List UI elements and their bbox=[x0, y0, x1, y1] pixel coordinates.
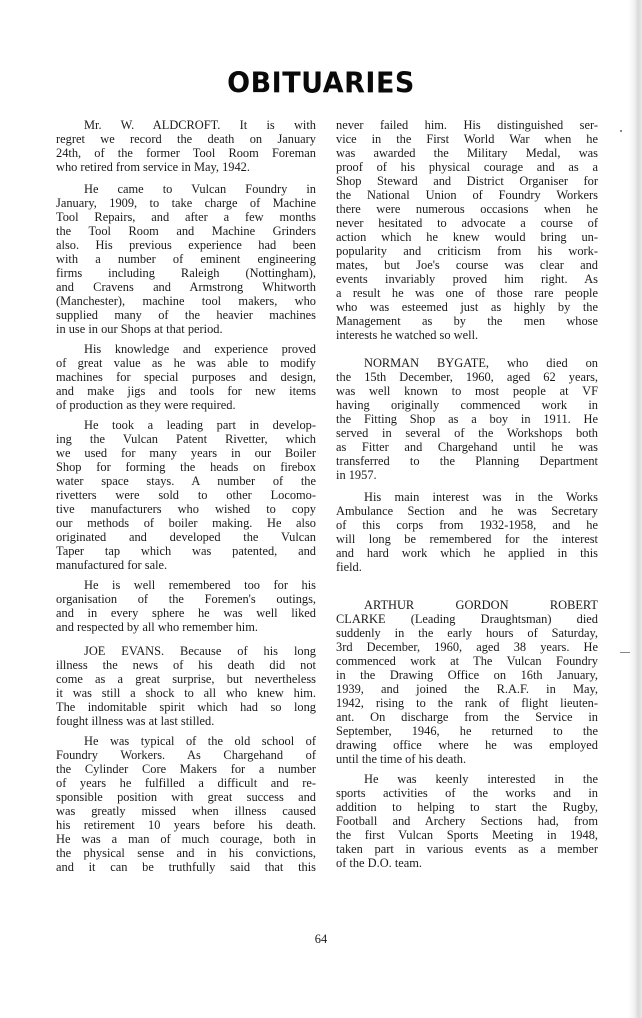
text-line: was awarded the Military Medal, was bbox=[336, 146, 598, 160]
text-line: 1942, rising to the rank of flight lieut… bbox=[336, 696, 598, 710]
text-line: who was esteemed just as highly by the bbox=[336, 300, 598, 314]
text-line: and hard work which he applied in this bbox=[336, 546, 598, 560]
text-line: mates, but Joe's course was clear and bbox=[336, 258, 598, 272]
page-number: 64 bbox=[0, 932, 642, 947]
text-line: commenced work at The Vulcan Foundry bbox=[336, 654, 598, 668]
scan-speck bbox=[620, 130, 622, 132]
text-line: Shop Steward and District Organiser for bbox=[336, 174, 598, 188]
text-line: machines for special purposes and design… bbox=[56, 370, 316, 384]
text-line: popularity and criticism from his work- bbox=[336, 244, 598, 258]
scanned-page-edge bbox=[628, 0, 642, 1018]
text-line: He is well remembered too for his bbox=[56, 578, 316, 592]
text-line: and Cravens and Armstrong Whitworth bbox=[56, 280, 316, 294]
text-line: ant. On discharge from the Service in bbox=[336, 710, 598, 724]
text-line: (Manchester), machine tool makers, who bbox=[56, 294, 316, 308]
text-line: organisation of the Foremen's outings, bbox=[56, 592, 316, 606]
text-line: until the time of his death. bbox=[336, 752, 598, 766]
text-line: He was a man of much courage, both in bbox=[56, 832, 316, 846]
text-line: as Fitter and Chargehand until he was bbox=[336, 440, 598, 454]
text-line: ARTHUR GORDON ROBERT bbox=[336, 598, 598, 612]
text-line: water space stays. A number of the bbox=[56, 474, 316, 488]
text-line: of the D.O. team. bbox=[336, 856, 598, 870]
scan-speck bbox=[620, 652, 630, 653]
text-line: Ambulance Section and he was Secretary bbox=[336, 504, 598, 518]
text-line: CLARKE (Leading Draughtsman) died bbox=[336, 612, 598, 626]
text-line: the first Vulcan Sports Meeting in 1948, bbox=[336, 828, 598, 842]
text-line: ing the Vulcan Patent Rivetter, which bbox=[56, 432, 316, 446]
text-line: his retirement 10 years before his death… bbox=[56, 818, 316, 832]
text-line: His knowledge and experience proved bbox=[56, 342, 316, 356]
text-line: His main interest was in the Works bbox=[336, 490, 598, 504]
text-line: fought illness was at last stilled. bbox=[56, 714, 316, 728]
text-line: a result he was one of those rare people bbox=[336, 286, 598, 300]
text-line: the 15th December, 1960, aged 62 years, bbox=[336, 370, 598, 384]
text-line: was well known to most people at VF bbox=[336, 384, 598, 398]
text-line: transferred to the Planning Department bbox=[336, 454, 598, 468]
text-line: drawing office where he was employed bbox=[336, 738, 598, 752]
text-line: events invariably proved him right. As bbox=[336, 272, 598, 286]
text-line: Tool Repairs, and after a few months bbox=[56, 210, 316, 224]
text-line: who retired from service in May, 1942. bbox=[56, 160, 316, 174]
text-line: September, 1946, he returned to the bbox=[336, 724, 598, 738]
text-line: having originally commenced work in bbox=[336, 398, 598, 412]
text-line: Taper tap which was patented, and bbox=[56, 544, 316, 558]
text-line: JOE EVANS. Because of his long bbox=[56, 644, 316, 658]
text-line: come as a great surprise, but neverthele… bbox=[56, 672, 316, 686]
text-line: sports activities of the works and in bbox=[336, 786, 598, 800]
text-line: He took a leading part in develop- bbox=[56, 418, 316, 432]
text-line: addition to helping to start the Rugby, bbox=[336, 800, 598, 814]
text-line: manufactured for sale. bbox=[56, 558, 316, 572]
text-line: interests he watched so well. bbox=[336, 328, 598, 342]
text-line: never failed him. His distinguished ser- bbox=[336, 118, 598, 132]
text-line: was greatly missed when illness caused bbox=[56, 804, 316, 818]
text-line: He was typical of the old school of bbox=[56, 734, 316, 748]
text-line: January, 1909, to take charge of Machine bbox=[56, 196, 316, 210]
text-line: tive manufacturers who wished to copy bbox=[56, 502, 316, 516]
text-line: firms including Raleigh (Nottingham), bbox=[56, 266, 316, 280]
text-line: our methods of boiler making. He also bbox=[56, 516, 316, 530]
text-line: in 1957. bbox=[336, 468, 598, 482]
text-line: and it can be truthfully said that this bbox=[56, 860, 316, 874]
text-line: the Fitting Shop as a boy in 1911. He bbox=[336, 412, 598, 426]
text-line: Foundry Workers. As Chargehand of bbox=[56, 748, 316, 762]
text-line: He came to Vulcan Foundry in bbox=[56, 182, 316, 196]
text-line: also. His previous experience had been bbox=[56, 238, 316, 252]
text-line: sponsible position with great success an… bbox=[56, 790, 316, 804]
text-line: and in every sphere he was well liked bbox=[56, 606, 316, 620]
text-line: we used for many years in our Boiler bbox=[56, 446, 316, 460]
text-line: Mr. W. ALDCROFT. It is with bbox=[56, 118, 316, 132]
text-line: Football and Archery Sections had, from bbox=[336, 814, 598, 828]
text-line: and respected by all who remember him. bbox=[56, 620, 316, 634]
text-line: served in several of the Workshops both bbox=[336, 426, 598, 440]
text-line: The indomitable spirit which had so long bbox=[56, 700, 316, 714]
text-line: rivetters were sold to other Locomo- bbox=[56, 488, 316, 502]
text-line: originated and developed the Vulcan bbox=[56, 530, 316, 544]
text-line: 3rd December, 1960, aged 38 years. He bbox=[336, 640, 598, 654]
text-line: the physical sense and in his conviction… bbox=[56, 846, 316, 860]
text-line: in use in our Shops at that period. bbox=[56, 322, 316, 336]
text-line: of years he fulfilled a difficult and re… bbox=[56, 776, 316, 790]
text-line: NORMAN BYGATE, who died on bbox=[336, 356, 598, 370]
text-line: 24th, of the former Tool Room Foreman bbox=[56, 146, 316, 160]
text-line: taken part in various events as a member bbox=[336, 842, 598, 856]
text-line: the Tool Room and Machine Grinders bbox=[56, 224, 316, 238]
text-line: with a number of eminent engineering bbox=[56, 252, 316, 266]
page-title: OBITUARIES bbox=[0, 65, 642, 103]
text-line: of great value as he was able to modify bbox=[56, 356, 316, 370]
text-line: there were numerous occasions when he bbox=[336, 202, 598, 216]
text-line: of production as they were required. bbox=[56, 398, 316, 412]
text-line: the National Union of Foundry Workers bbox=[336, 188, 598, 202]
text-line: and make jigs and tools for new items bbox=[56, 384, 316, 398]
text-line: vice in the First World War when he bbox=[336, 132, 598, 146]
text-line: action which he knew would bring un- bbox=[336, 230, 598, 244]
text-line: field. bbox=[336, 560, 598, 574]
text-line: the Cylinder Core Makers for a number bbox=[56, 762, 316, 776]
text-line: will long be remembered for the interest bbox=[336, 532, 598, 546]
text-line: Shop for forming the heads on firebox bbox=[56, 460, 316, 474]
text-line: it was still a shock to all who knew him… bbox=[56, 686, 316, 700]
text-line: illness the news of his death did not bbox=[56, 658, 316, 672]
text-line: He was keenly interested in the bbox=[336, 772, 598, 786]
text-line: proof of his physical courage and as a bbox=[336, 160, 598, 174]
text-line: of this corps from 1932-1958, and he bbox=[336, 518, 598, 532]
text-line: in the Drawing Office on 16th January, bbox=[336, 668, 598, 682]
text-line: Management as by the men whose bbox=[336, 314, 598, 328]
text-line: suddenly in the early hours of Saturday, bbox=[336, 626, 598, 640]
text-line: 1939, and joined the R.A.F. in May, bbox=[336, 682, 598, 696]
text-line: supplied many of the heavier machines bbox=[56, 308, 316, 322]
text-line: regret we record the death on January bbox=[56, 132, 316, 146]
text-line: never hesitated to advocate a course of bbox=[336, 216, 598, 230]
